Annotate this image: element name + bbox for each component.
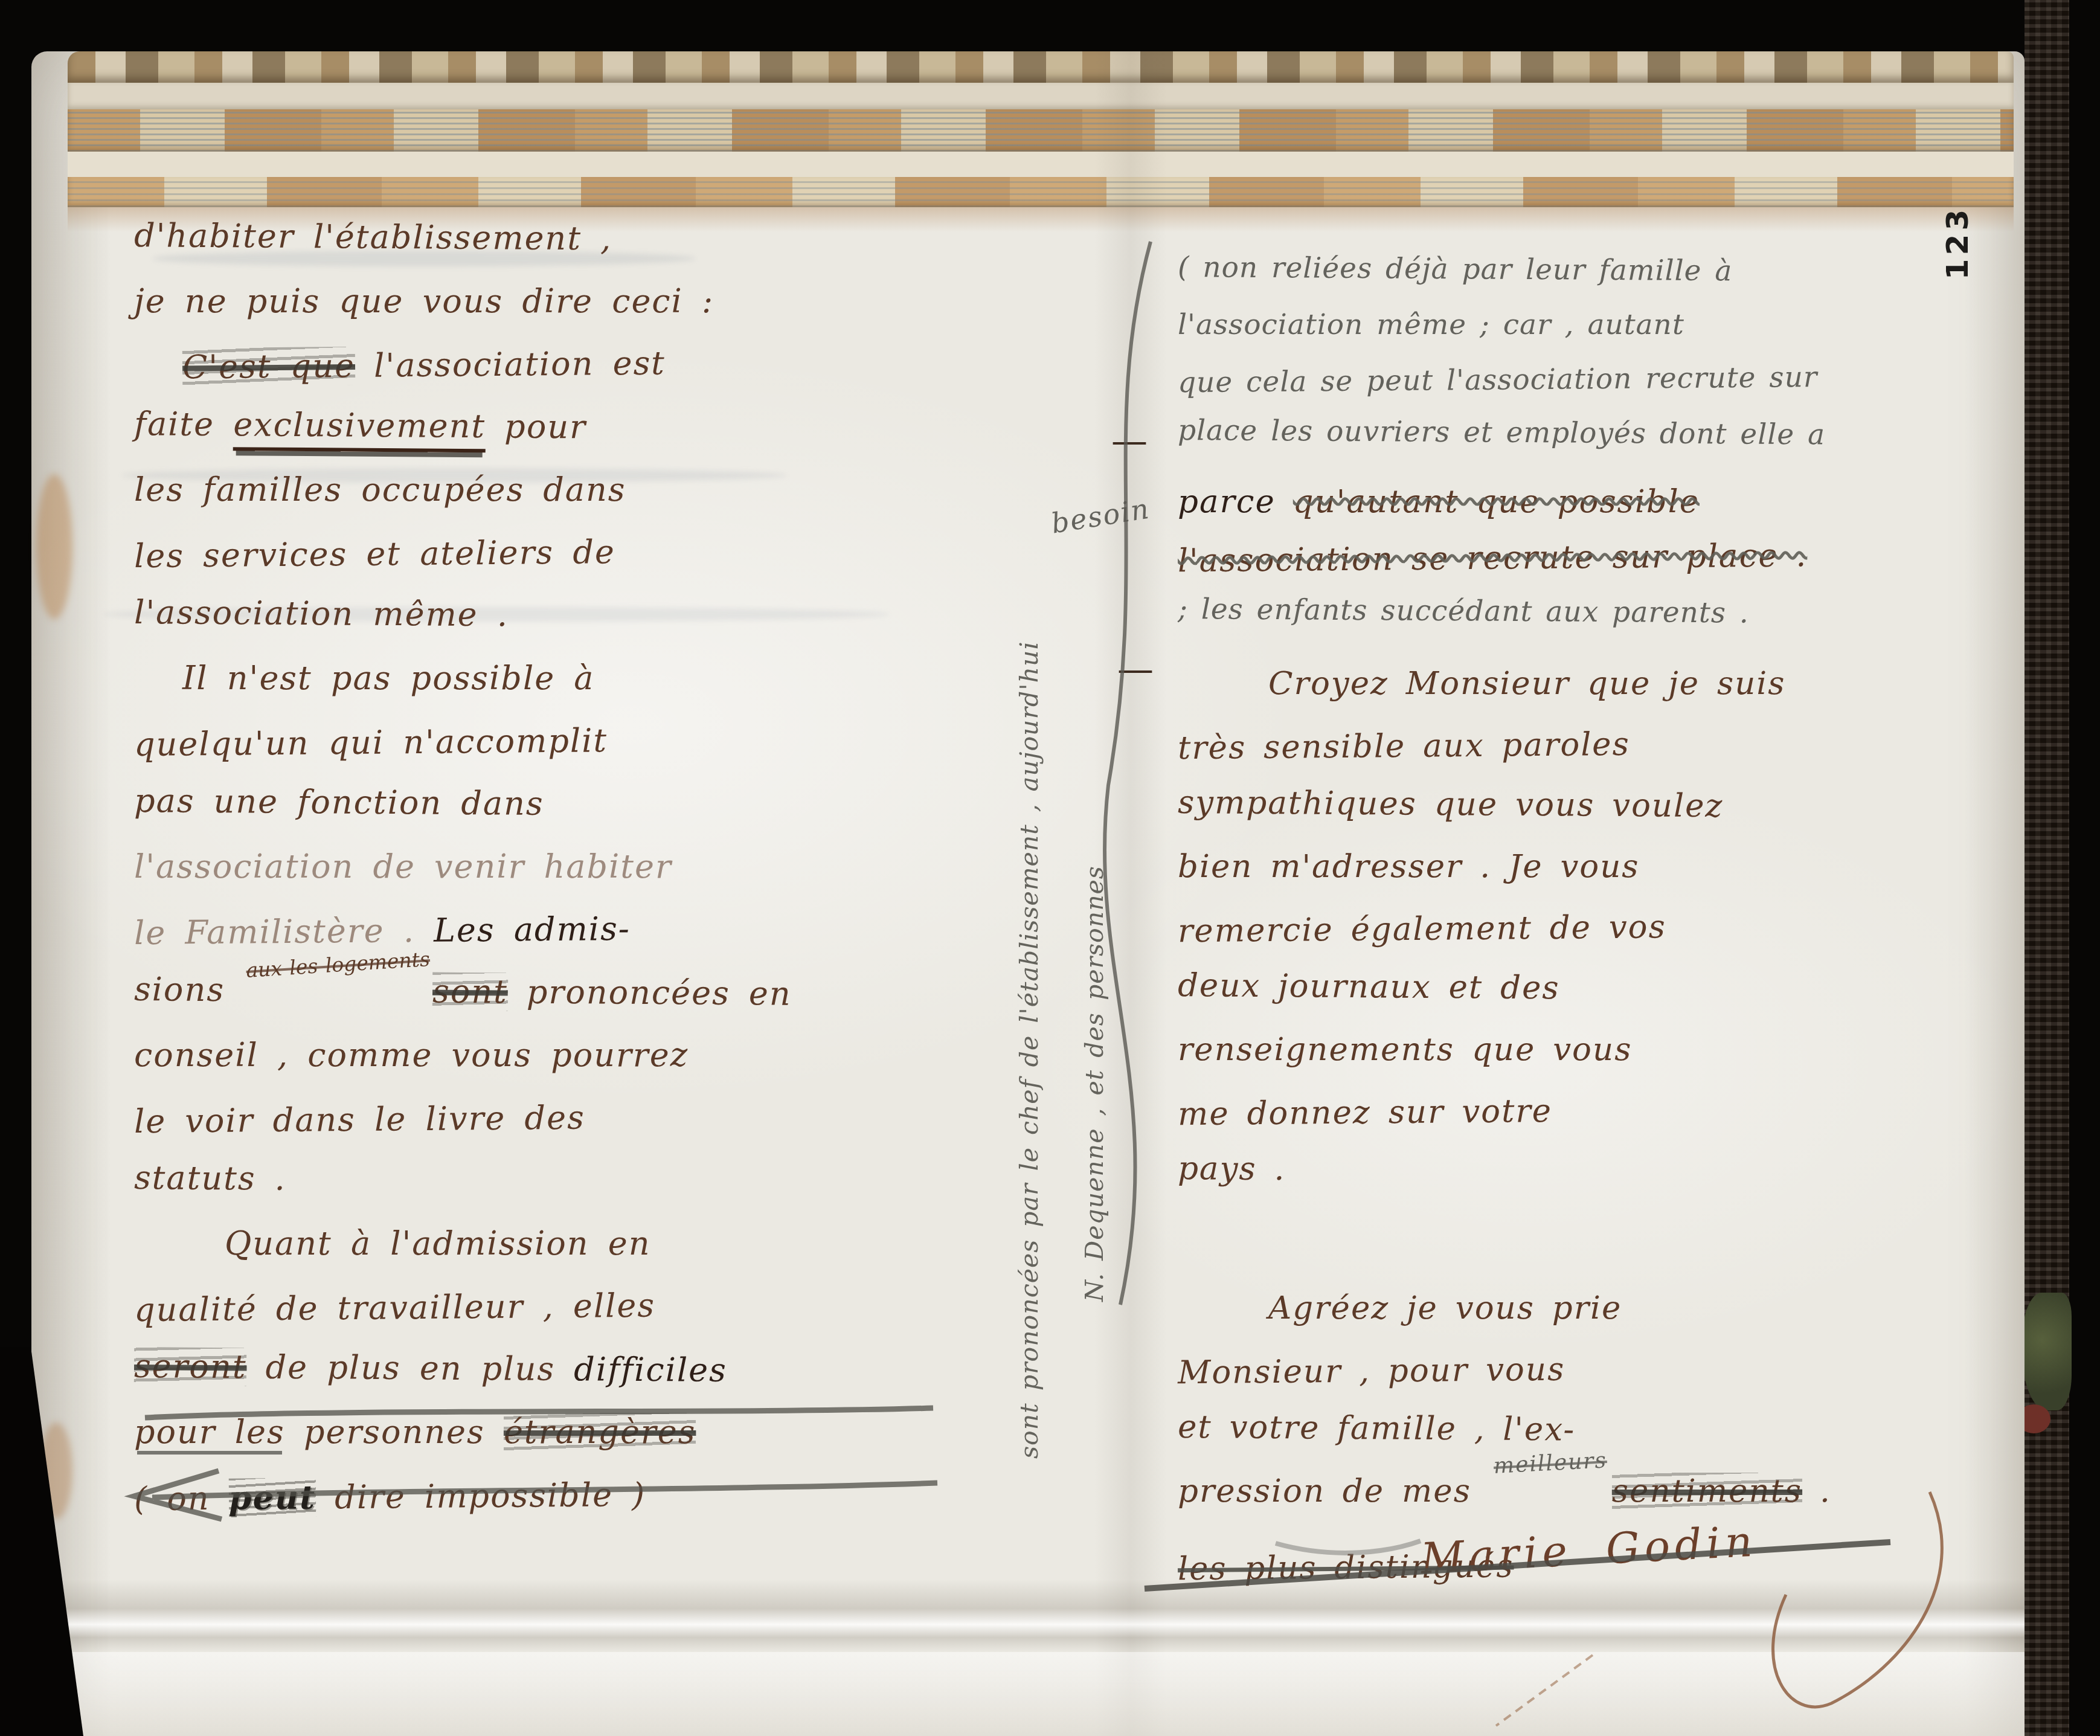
handwritten-text: sont	[432, 972, 508, 1011]
stacked-page-edges	[68, 152, 2014, 177]
handwritten-line: ; les enfants succédant aux parents .	[1178, 582, 2048, 643]
handwritten-line: statuts .	[134, 1146, 980, 1215]
handwritten-text: l'association se recrute sur place .	[1178, 537, 1808, 579]
handwritten-line: deux journaux et des	[1178, 955, 2048, 1022]
handwritten-text: l'association de venir habiter	[134, 847, 672, 886]
handwritten-text: difficiles	[574, 1350, 727, 1389]
handwritten-text: l'association même ; car , autant	[1178, 308, 1684, 341]
handwritten-line: conseil , comme vous pourrez	[134, 1024, 980, 1087]
handwritten-text: Il n'est pas possible à	[182, 659, 595, 697]
handwritten-text: me donnez sur votre	[1178, 1093, 1553, 1133]
handwritten-text: renseignements que vous	[1178, 1031, 1632, 1068]
handwritten-line: le Familistère . Les admis-	[134, 895, 980, 965]
letter-left-column: d'habiter l'établissement ,je ne puis qu…	[134, 207, 980, 1527]
handwritten-text: personnes	[285, 1413, 504, 1451]
handwritten-text: qu'autant que possible	[1293, 483, 1700, 520]
handwritten-line: très sensible aux paroles	[1178, 710, 2048, 779]
handwritten-line: Agréez je vous prie	[1178, 1278, 2047, 1339]
handwritten-line: qualité de travailleur , elles	[134, 1271, 980, 1342]
handwritten-text: conseil , comme vous pourrez	[134, 1036, 689, 1074]
handwritten-text: meilleurs	[1494, 1461, 1607, 1469]
handwritten-line: que cela se peut l'association recrute s…	[1178, 349, 2048, 411]
handwritten-text: Agréez je vous prie	[1268, 1290, 1622, 1326]
handwritten-line: sions aux les logementssont prononcées e…	[134, 958, 980, 1027]
handwritten-text: sympathiques que vous voulez	[1178, 784, 1724, 825]
handwritten-text: que cela se peut l'association recrute s…	[1178, 361, 1818, 399]
handwritten-line: faite exclusivement pour	[134, 393, 980, 461]
handwritten-text: de plus en plus	[246, 1348, 574, 1388]
handwritten-text: peut	[228, 1477, 316, 1517]
handwritten-line: Croyez Monsieur que je suis	[1178, 653, 2047, 714]
handwritten-line: l'association de venir habiter	[134, 835, 980, 898]
stacked-page-edges	[68, 177, 2014, 207]
handwritten-text: prononcées en	[508, 972, 792, 1012]
handwritten-line: Quant à l'admission en	[134, 1212, 980, 1275]
letter-right-column: ( non reliées déjà par leur famille àl'a…	[1178, 243, 2047, 1596]
handwritten-text: pas une fonction dans	[134, 782, 544, 823]
handwritten-text: dire impossible )	[316, 1476, 646, 1517]
handwritten-text: pour les	[134, 1413, 285, 1451]
scanned-notebook-photo: 123 d'habiter l'établissement ,je ne pui…	[0, 0, 2100, 1736]
handwritten-text: l'association même .	[134, 593, 509, 634]
vertical-note-line: sont prononcées par le chef de l'établis…	[997, 233, 1062, 1459]
handwritten-text: Quant à l'admission en	[225, 1224, 650, 1262]
stacked-page-edges	[68, 109, 2014, 152]
handwritten-text: pour	[486, 407, 586, 446]
handwritten-text: Croyez Monsieur que je suis	[1268, 665, 1785, 702]
handwritten-line: Monsieur , pour vous	[1178, 1335, 2048, 1404]
handwritten-text: statuts .	[134, 1159, 286, 1198]
handwritten-text: ; les enfants succédant aux parents .	[1178, 593, 1749, 630]
handwritten-text: sentiments	[1612, 1473, 1802, 1509]
stacked-page-edges	[68, 51, 2014, 83]
handwritten-line: renseignements que vous	[1178, 1019, 2047, 1080]
handwritten-line: l'association même .	[134, 581, 980, 650]
handwritten-text: l'association est	[355, 344, 666, 384]
handwritten-line: sympathiques que vous voulez	[1178, 772, 2048, 839]
rust-stain	[36, 474, 72, 619]
handwritten-text: et votre famille , l'ex-	[1178, 1409, 1576, 1448]
handwritten-text: .	[1802, 1473, 1831, 1509]
handwritten-text: pays .	[1178, 1150, 1286, 1188]
handwritten-line: d'habiter l'établissement ,	[134, 204, 980, 273]
handwritten-line: Il n'est pas possible à	[134, 647, 980, 710]
handwritten-text: faite	[134, 405, 234, 443]
handwritten-text: exclusivement	[233, 405, 486, 452]
handwritten-line: quelqu'un qui n'accomplit	[134, 706, 980, 776]
handwritten-line: bien m'adresser . Je vous	[1178, 836, 2047, 897]
handwritten-text: les services et ateliers de	[134, 533, 615, 575]
handwritten-text: Monsieur , pour vous	[1178, 1351, 1565, 1392]
handwritten-text: les familles occupées dans	[134, 471, 626, 509]
handwritten-text: Les admis-	[434, 910, 631, 950]
handwritten-text: remercie également de vos	[1178, 908, 1666, 950]
handwritten-text: ( non reliées déjà par leur famille à	[1178, 251, 1733, 288]
handwritten-line: C'est que l'association est	[134, 329, 980, 399]
handwritten-text: le voir dans le livre des	[134, 1099, 585, 1141]
stacked-page-edges	[68, 83, 2014, 109]
handwritten-line: ( on peut dire impossible )	[134, 1460, 980, 1531]
handwritten-text: seront	[134, 1347, 247, 1386]
handwritten-line: l'association même ; car , autant	[1178, 298, 2047, 352]
handwritten-line: me donnez sur votre	[1178, 1076, 2048, 1145]
page-bottom-margin	[31, 1652, 2025, 1736]
handwritten-text: bien m'adresser . Je vous	[1178, 848, 1640, 885]
handwritten-line: pays .	[1178, 1138, 2048, 1205]
notebook-page: 123 d'habiter l'établissement ,je ne pui…	[31, 51, 2025, 1736]
handwritten-text: ( on	[134, 1479, 229, 1518]
handwritten-line: ( non reliées déjà par leur famille à	[1178, 240, 2048, 301]
handwritten-line: pas une fonction dans	[134, 770, 980, 838]
vertical-note-line: N. Dequenne , et des personnes	[1062, 233, 1127, 1459]
handwritten-text: très sensible aux paroles	[1178, 726, 1630, 767]
handwritten-line: les familles occupées dans	[134, 458, 980, 521]
handwritten-text: le Familistère .	[134, 911, 434, 952]
handwritten-text: qualité de travailleur , elles	[134, 1287, 656, 1329]
handwritten-line: pour les personnes étrangères	[134, 1401, 980, 1464]
handwritten-text: étrangères	[504, 1413, 696, 1451]
handwritten-text: pression de mes	[1178, 1473, 1489, 1509]
handwritten-line: et votre famille , l'ex-	[1178, 1397, 2048, 1464]
handwritten-text: place les ouvriers et employés dont elle…	[1178, 414, 1825, 451]
handwritten-text: je ne puis que vous dire ceci :	[134, 282, 714, 320]
handwritten-line: je ne puis que vous dire ceci :	[134, 270, 980, 333]
handwritten-line: parce qu'autant que possible	[1178, 474, 2047, 530]
handwritten-text: quelqu'un qui n'accomplit	[134, 721, 608, 764]
handwritten-line: les services et ateliers de	[134, 518, 980, 588]
handwritten-text: d'habiter l'établissement ,	[134, 216, 612, 258]
handwritten-text: sions	[134, 970, 244, 1009]
handwritten-line: pression de mes meilleurssentiments .	[1178, 1461, 2047, 1522]
handwritten-text: C'est que	[182, 347, 356, 386]
handwritten-line: seront de plus en plus difficiles	[134, 1335, 980, 1404]
handwritten-line: remercie également de vos	[1178, 893, 2048, 962]
handwritten-line: place les ouvriers et employés dont elle…	[1178, 403, 2048, 464]
handwritten-line: l'association se recrute sur place .	[1178, 526, 2048, 590]
vertical-pencil-note: sont prononcées par le chef de l'établis…	[997, 233, 1127, 1459]
handwritten-text: deux journaux et des	[1178, 967, 1560, 1006]
handwritten-line: le voir dans le livre des	[134, 1083, 980, 1153]
handwritten-text: aux les logements	[246, 959, 431, 973]
handwritten-text: parce	[1178, 483, 1293, 520]
